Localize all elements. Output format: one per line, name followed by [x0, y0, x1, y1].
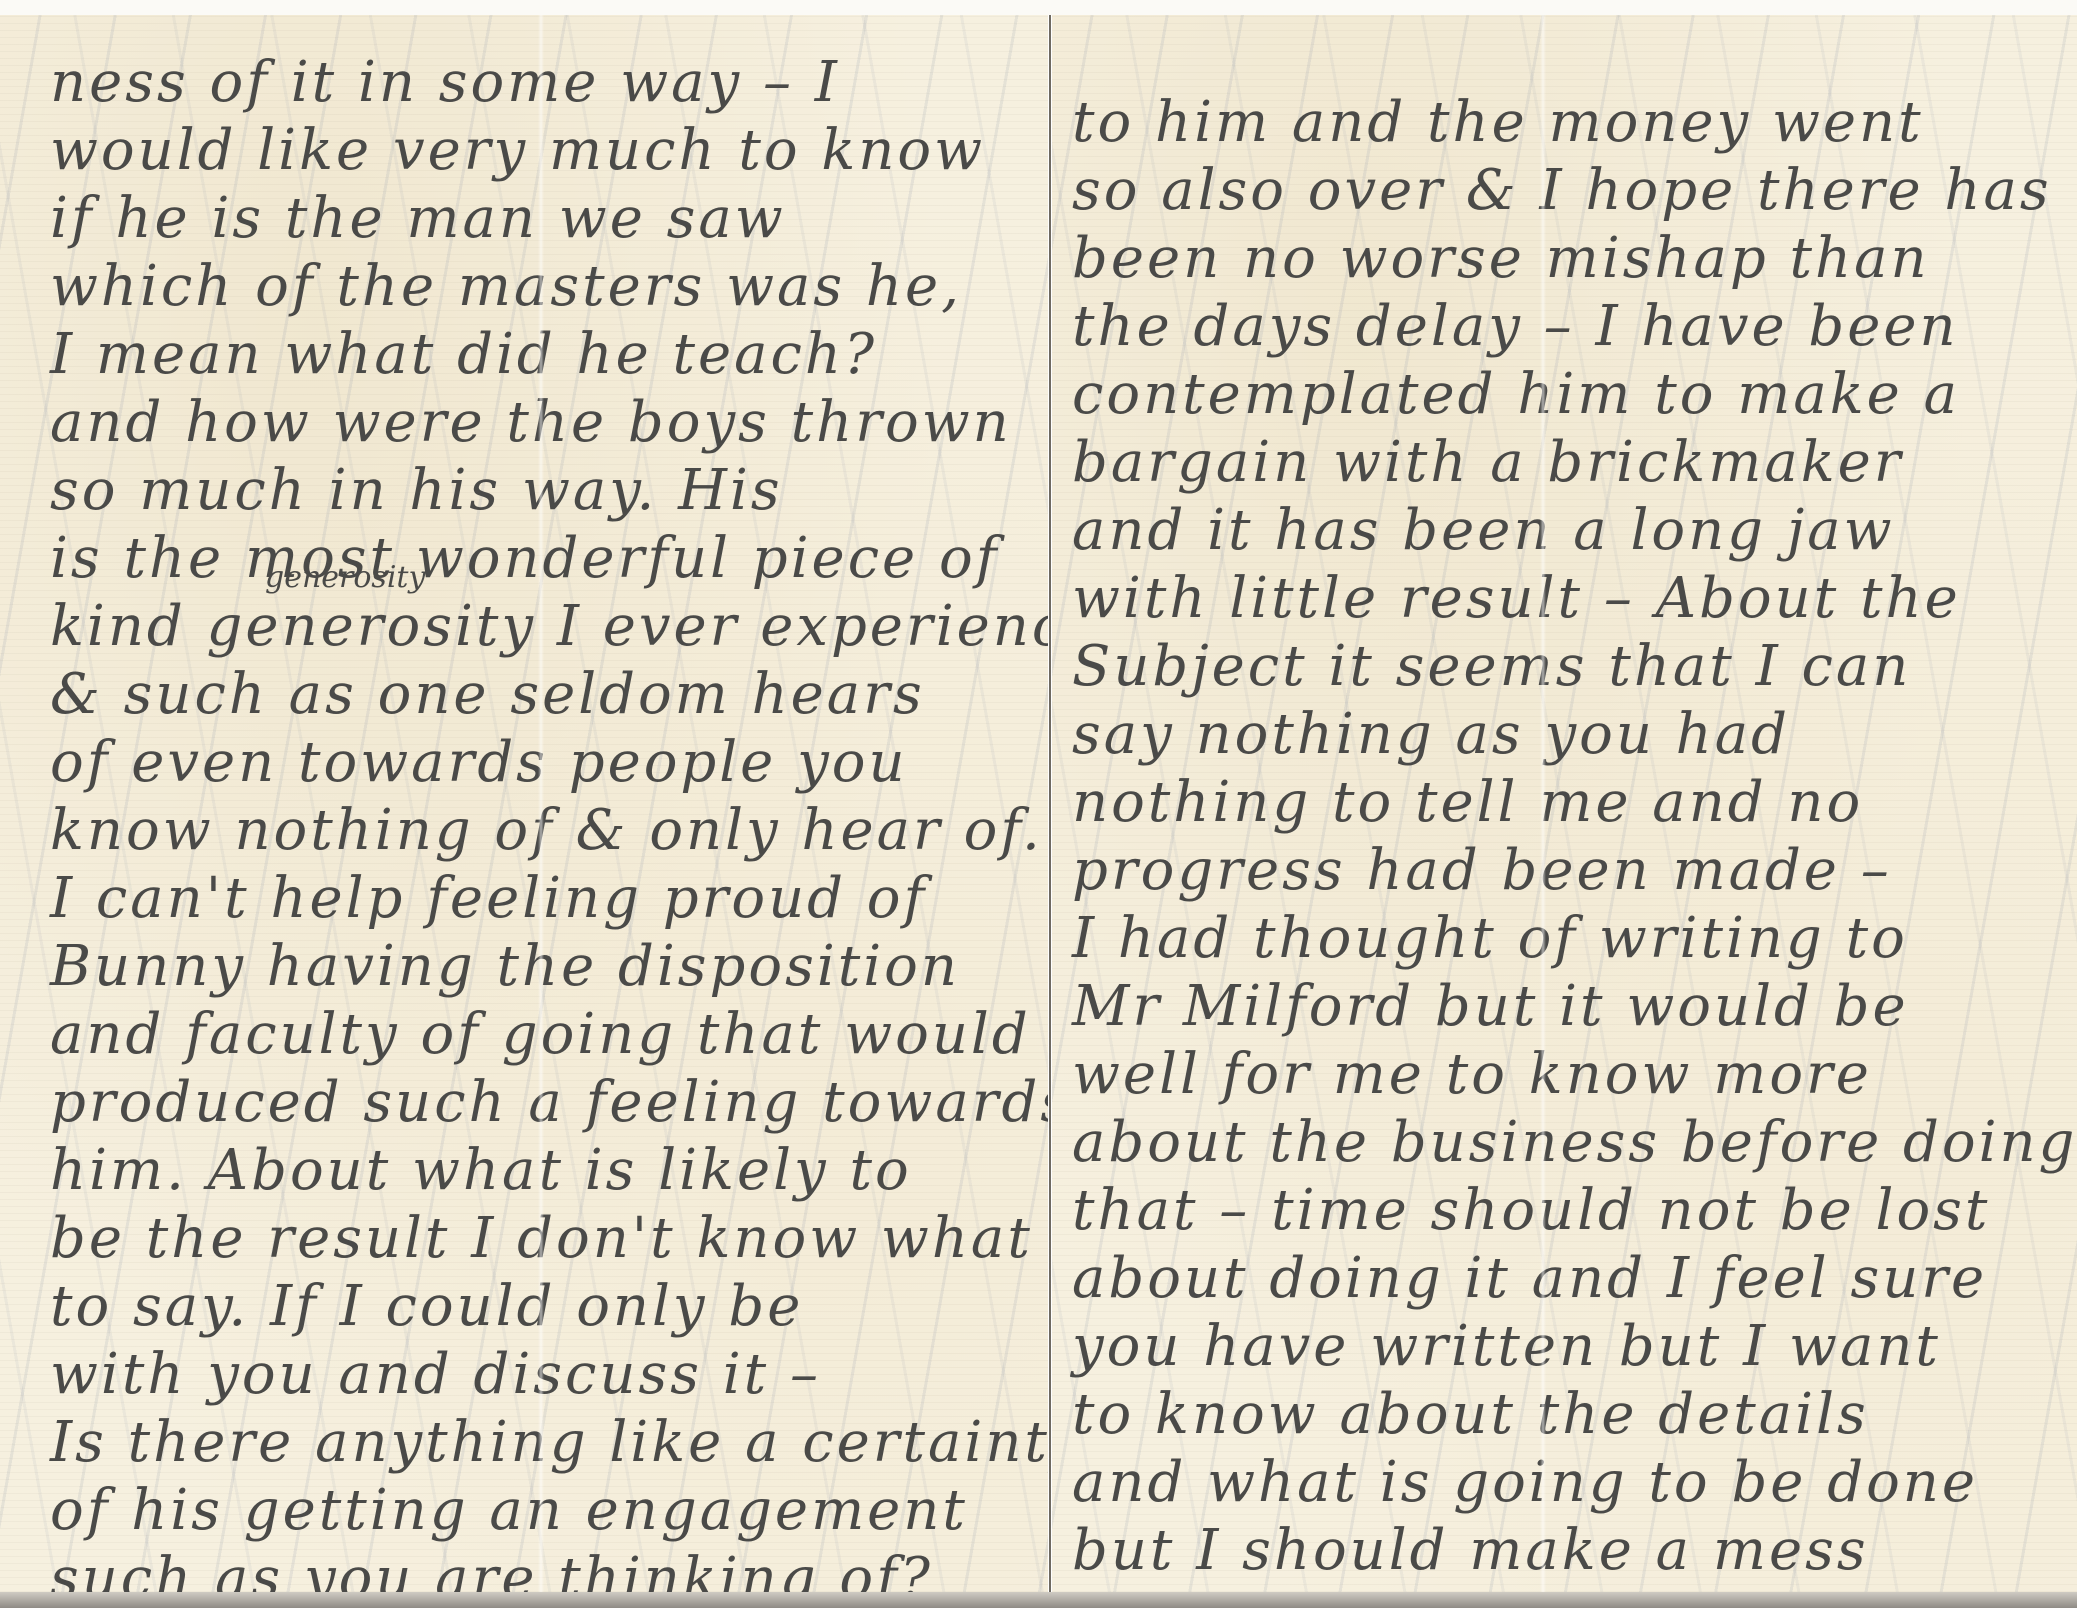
paper-crease: [1540, 15, 1546, 1592]
page-divider: [1049, 15, 1051, 1592]
handwritten-line: would like very much to know: [50, 123, 985, 179]
handwritten-line: but I should make a mess: [1072, 1523, 1869, 1579]
handwritten-line: with little result – About the: [1072, 571, 1961, 627]
scan-top-margin: [0, 0, 2077, 15]
handwritten-line: which of the masters was he,: [50, 259, 962, 315]
handwritten-line: I can't help feeling proud of: [50, 871, 927, 927]
handwritten-line: to him and the money went: [1072, 95, 1924, 151]
paper-crease: [538, 15, 544, 1592]
handwritten-line: contemplated him to make a: [1072, 367, 1960, 423]
handwritten-line: with you and discuss it –: [50, 1347, 821, 1403]
handwritten-line: kind generosity I ever experienced: [50, 599, 1048, 655]
handwritten-line: of even towards people you: [50, 735, 908, 791]
handwritten-line: is the most wonderful piece of: [50, 531, 999, 587]
handwritten-line: and how were the boys thrown: [50, 395, 1012, 451]
handwritten-line: to say. If I could only be: [50, 1279, 803, 1335]
handwritten-line: Mr Milford but it would be: [1072, 979, 1909, 1035]
handwritten-line: about the business before doing: [1072, 1115, 2077, 1171]
handwritten-line: about doing it and I feel sure: [1072, 1251, 1987, 1307]
handwritten-line: so much in his way. His: [50, 463, 783, 519]
handwritten-line: him. About what is likely to: [50, 1143, 912, 1199]
handwritten-line: you have written but I want: [1072, 1319, 1941, 1375]
handwritten-line: so also over & I hope there has: [1072, 163, 2052, 219]
handwritten-line: ness of it in some way – I: [50, 55, 840, 111]
handwritten-line: Bunny having the disposition: [50, 939, 960, 995]
scan-bottom-shadow: [0, 1592, 2077, 1608]
handwritten-line: such as you are thinking of?: [50, 1551, 933, 1592]
handwritten-line: & such as one seldom hears: [50, 667, 925, 723]
handwritten-line: and what is going to be done: [1072, 1455, 1978, 1511]
handwritten-line: I had thought of writing to: [1072, 911, 1908, 967]
handwritten-line: nothing to tell me and no: [1072, 775, 1863, 831]
handwritten-line: I mean what did he teach?: [50, 327, 877, 383]
handwritten-line: Subject it seems that I can: [1072, 639, 1911, 695]
handwritten-line: to know about the details: [1072, 1387, 1869, 1443]
handwritten-line: well for me to know more: [1072, 1047, 1872, 1103]
handwritten-line: if he is the man we saw: [50, 191, 786, 247]
handwritten-line: that – time should not be lost: [1072, 1183, 1990, 1239]
handwritten-line: progress had been made –: [1072, 843, 1892, 899]
handwritten-line: Is there anything like a certainty: [50, 1415, 1048, 1471]
handwritten-line: bargain with a brickmaker: [1072, 435, 1904, 491]
handwritten-line: been no worse mishap than: [1072, 231, 1930, 287]
inserted-correction: generosity: [265, 560, 425, 595]
handwritten-line: the days delay – I have been: [1072, 299, 1959, 355]
handwritten-line: and it has been a long jaw: [1072, 503, 1895, 559]
letter-page-left: ness of it in some way – I would like ve…: [0, 15, 1048, 1592]
handwritten-line: produced such a feeling towards: [50, 1075, 1048, 1131]
letter-page-right: to him and the money went so also over &…: [1052, 15, 2077, 1592]
handwritten-line: of his getting an engagement: [50, 1483, 968, 1539]
handwritten-line: know nothing of & only hear of.: [50, 803, 1043, 859]
handwritten-line: say nothing as you had: [1072, 707, 1790, 763]
